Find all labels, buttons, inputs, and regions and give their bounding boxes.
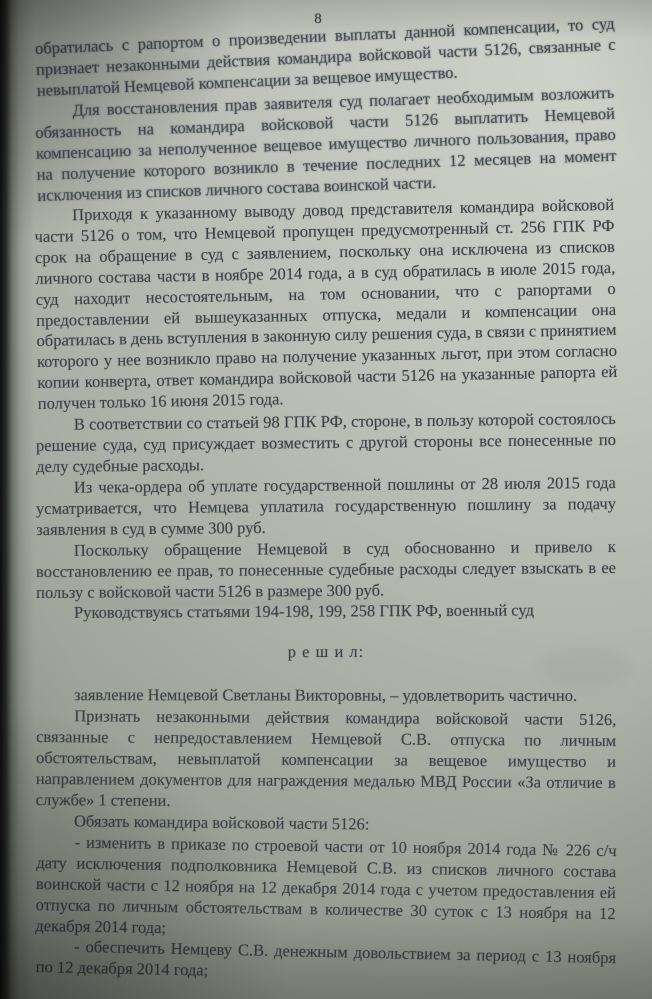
ink-bleed-ghost bbox=[540, 648, 630, 688]
ink-bleed-ghost bbox=[70, 596, 400, 610]
paragraph: В соответствии со статьей 98 ГПК РФ, сто… bbox=[36, 409, 617, 478]
paragraph: Поскольку обращение Немцевой в суд обосн… bbox=[36, 537, 616, 604]
document-text: обратилась с рапортом о произведении вып… bbox=[36, 39, 616, 978]
paragraph-list-item: - изменить в приказе по строевой части о… bbox=[35, 832, 617, 946]
paragraph: Из чека-ордера об уплате государственной… bbox=[36, 473, 617, 541]
ruling-heading: р е ш и л: bbox=[36, 641, 616, 664]
court-decision-page-photo: 8 обратилась с рапортом о произведении в… bbox=[0, 0, 652, 999]
paragraph: Признать незаконными действия командира … bbox=[36, 706, 617, 815]
paragraph: Приходя к указанному выводу довод предст… bbox=[34, 195, 618, 415]
paragraph: заявление Немцевой Светланы Викторовны, … bbox=[36, 685, 616, 707]
paragraph: Для восстановления прав заявителя суд по… bbox=[34, 83, 617, 207]
